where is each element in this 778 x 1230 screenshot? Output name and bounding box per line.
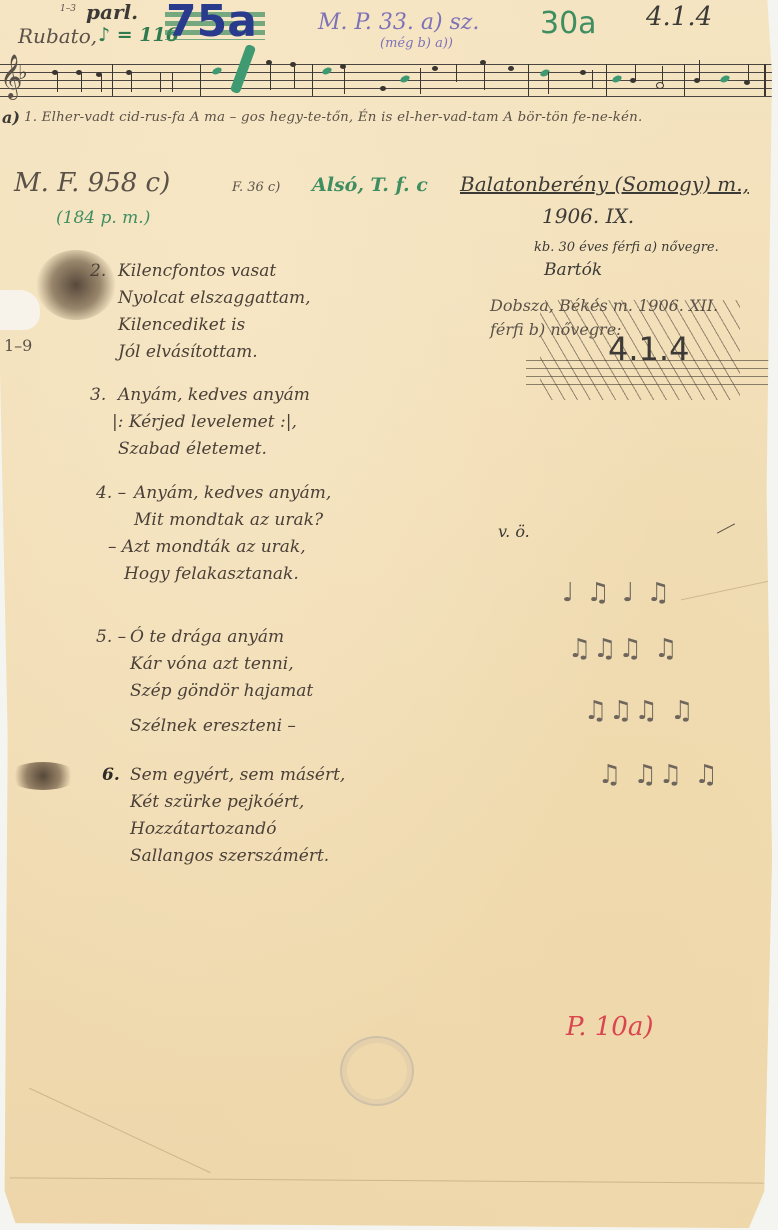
verse-2: 2. Kilencfontos vasat Nyolcat elszaggatt… [118,258,311,366]
catalog-green-number: 30a [540,6,597,41]
verse-line: Anyám, kedves anyám [118,382,310,409]
paper-crease [10,1177,770,1183]
verse-4: 4. – Anyám, kedves anyám, Mit mondtak az… [134,480,331,588]
manuscript-sheet: 1–3 parl. Rubato, ♪ = 116 75a M. P. 33. … [0,0,772,1228]
paper-crease [29,1088,211,1173]
verse-number: 2. [90,258,106,285]
first-verse-lyrics: 1. Elher-vadt cid-rus-fa A ma – gos hegy… [24,110,642,125]
red-reference: P. 10a) [566,1012,653,1042]
collection-date: 1906. IX. [542,204,634,228]
paper-crease [681,581,769,601]
variant-label: v. ö. [498,522,530,541]
tempo-marking: Rubato, [18,24,97,48]
rhythm-row-4: ♫ ♫♫ ♫ [598,760,720,790]
verse-6: 6. Sem egyért, sem másért, Két szürke pe… [130,762,345,870]
verse-line: Anyám, kedves anyám, [134,480,331,507]
first-verse-label: a) [2,108,20,127]
flat-key-signature-icon: ♭ [18,60,27,84]
parlando-fraction: 1–3 [60,4,76,14]
verse-line: Szélnek ereszteni – [130,713,313,740]
torn-margin [0,290,40,330]
verse-line: – Azt mondták az urak, [108,534,331,561]
collector-name: Bartók [544,260,602,280]
catalog-violet-subreference: (még b) a)) [380,36,453,51]
informant-note: kb. 30 éves férfi a) nővegre. [534,240,719,255]
catalog-violet-reference: M. P. 33. a) sz. [318,10,479,35]
verse-line: |: Kérjed levelemet :|, [112,409,310,436]
verse-line: Hozzátartozandó [130,816,345,843]
parlando-note: parl. [86,0,138,24]
verse-line: Sem egyért, sem másért, [130,762,345,789]
green-reference: Alsó, T. f. c [312,174,428,196]
verse-line: Szép göndör hajamat [130,678,313,705]
verse-line: Ó te drága anyám [130,624,313,651]
ink-stain-lower [8,762,78,790]
verse-line: Kár vóna azt tenni, [130,651,313,678]
verse-line: Sallangos szerszámért. [130,843,345,870]
library-stamp [340,1036,414,1106]
verse-line: Nyolcat elszaggattam, [118,285,311,312]
verse-line: Kilencediket is [118,312,311,339]
rhythm-row-3: ♫♫♫ ♫ [584,696,696,726]
green-note-accent [230,44,256,94]
music-staff: 𝄞 ♭ [0,64,772,98]
collection-place: Balatonberény (Somogy) m., [460,172,749,196]
pencil-tick-mark [717,523,735,533]
f-reference: F. 36 c) [232,180,280,195]
verse-line: Hogy felakasztanak. [124,561,331,588]
verse-line: Jól elvásítottam. [118,339,311,366]
verse-line: Két szürke pejkóért, [130,789,345,816]
margin-fragment: 1–9 [4,336,32,355]
catalog-top-right: 4.1.4 [646,2,712,32]
verse-number: 5. – [96,624,126,651]
verse-number: 3. [90,382,106,409]
verse-5: 5. – Ó te drága anyám Kár vóna azt tenni… [130,624,313,740]
verse-line: Mit mondtak az urak? [134,507,331,534]
rhythm-row-2: ♫♫♫ ♫ [568,634,680,664]
verse-number: 4. – [96,480,126,507]
verse-line: Kilencfontos vasat [118,258,311,285]
verse-number: 6. [102,762,120,789]
catalog-big-number: 75a [166,0,257,47]
mf-reference: M. F. 958 c) [14,168,170,198]
verse-line: Szabad életemet. [118,436,310,463]
cross-out-hatching [540,300,740,400]
rhythm-row-1: ♩ ♫ ♩ ♫ [562,578,672,608]
verse-3: 3. Anyám, kedves anyám |: Kérjed levelem… [118,382,310,463]
green-page-reference: (184 p. m.) [56,208,150,228]
